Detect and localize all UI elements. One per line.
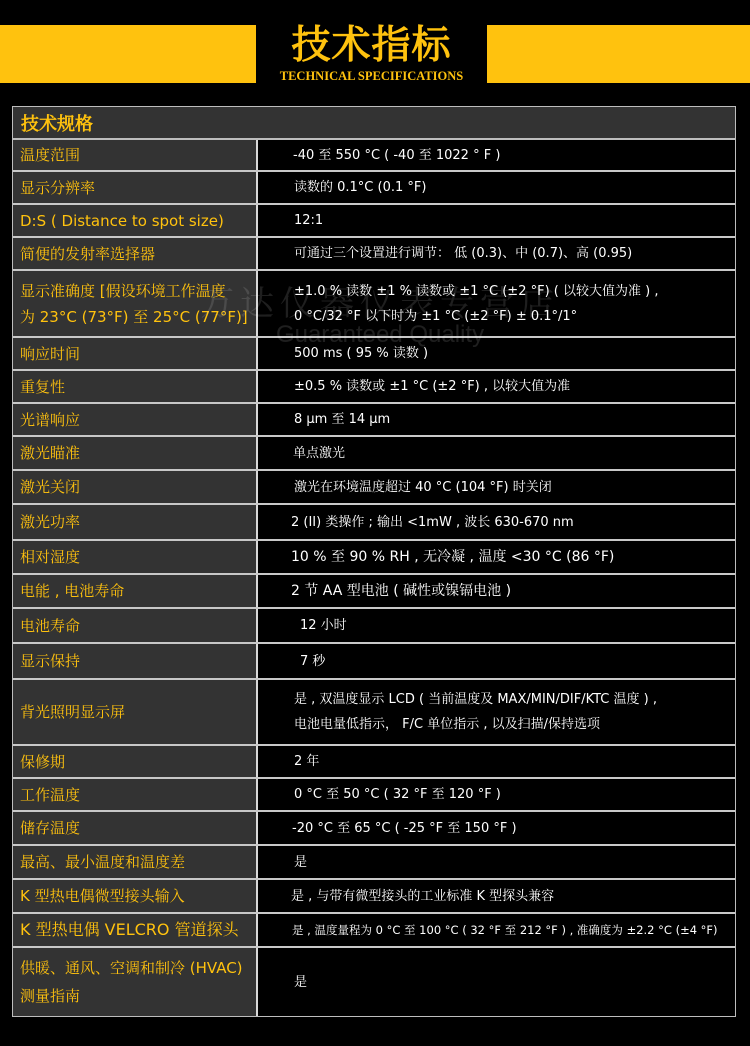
banner-bar-right: [487, 25, 750, 83]
spec-label-text: 温度范围: [20, 142, 80, 168]
spec-label-text: 光谱响应: [20, 407, 80, 433]
banner-title: 技术指标: [256, 22, 487, 70]
spec-label-text: 保修期: [20, 749, 65, 775]
spec-row-accuracy: 显示准确度 [假设环境工作温度 为 23°C (73°F) 至 25°C (77…: [13, 271, 735, 338]
spec-label-text: 电池寿命: [20, 613, 80, 639]
spec-value: 单点激光: [258, 437, 735, 469]
spec-label: 背光照明显示屏: [13, 680, 258, 744]
spec-value-text: 10 % 至 90 % RH , 无冷凝 , 温度 <30 °C (86 °F): [291, 545, 614, 570]
spec-label: 激光功率: [13, 505, 258, 539]
spec-value-text: 读数的 0.1°C (0.1 °F): [294, 175, 426, 200]
spec-label-text: 储存温度: [20, 815, 80, 841]
spec-label: 响应时间: [13, 338, 258, 369]
spec-row-distance-to-spot: D:S ( Distance to spot size) 12:1: [13, 205, 735, 238]
spec-row-display-resolution: 显示分辨率 读数的 0.1°C (0.1 °F): [13, 172, 735, 205]
spec-value: 500 ms ( 95 % 读数 ): [258, 338, 735, 369]
spec-row-repeatability: 重复性 ±0.5 % 读数或 ±1 °C (±2 °F) , 以较大值为准: [13, 371, 735, 404]
spec-row-spectral-response: 光谱响应 8 µm 至 14 µm: [13, 404, 735, 437]
spec-label-text: K 型热电偶 VELCRO 管道探头: [20, 917, 239, 943]
spec-row-response-time: 响应时间 500 ms ( 95 % 读数 ): [13, 338, 735, 371]
spec-label: 显示保持: [13, 644, 258, 678]
spec-row-hvac-guide: 供暖、通风、空调和制冷 (HVAC) 测量指南 是: [13, 948, 735, 1016]
spec-label: 最高、最小温度和温度差: [13, 846, 258, 878]
spec-value-text: 激光在环境温度超过 40 °C (104 °F) 时关闭: [294, 475, 552, 500]
spec-label: 相对湿度: [13, 541, 258, 573]
spec-value: 是: [258, 846, 735, 878]
spec-label-text: 最高、最小温度和温度差: [20, 849, 185, 875]
spec-value: ±1.0 % 读数 ±1 % 读数或 ±1 °C (±2 °F) ( 以较大值为…: [258, 271, 735, 336]
spec-label: 温度范围: [13, 140, 258, 170]
spec-label: 重复性: [13, 371, 258, 402]
spec-value-text: 7 秒: [300, 649, 325, 674]
spec-value: 是: [258, 948, 735, 1016]
spec-label: 保修期: [13, 746, 258, 777]
spec-value-text: 12:1: [294, 208, 323, 233]
spec-value: 激光在环境温度超过 40 °C (104 °F) 时关闭: [258, 471, 735, 503]
spec-value-text: -20 °C 至 65 °C ( -25 °F 至 150 °F ): [292, 816, 517, 841]
spec-label: K 型热电偶 VELCRO 管道探头: [13, 914, 258, 946]
spec-label-text: 相对湿度: [20, 544, 80, 570]
spec-label: 激光关闭: [13, 471, 258, 503]
spec-row-max-min-dif: 最高、最小温度和温度差 是: [13, 846, 735, 880]
spec-value-text: 2 年: [294, 749, 319, 774]
spec-value: 是 , 双温度显示 LCD ( 当前温度及 MAX/MIN/DIF/KTC 温度…: [258, 680, 735, 744]
spec-row-storage-temp: 储存温度 -20 °C 至 65 °C ( -25 °F 至 150 °F ): [13, 812, 735, 846]
spec-value: 7 秒: [258, 644, 735, 678]
spec-value-text: 是: [294, 970, 307, 995]
spec-label-text: 显示准确度 [假设环境工作温度 为 23°C (73°F) 至 25°C (77…: [20, 278, 248, 330]
spec-label: 显示分辨率: [13, 172, 258, 203]
spec-label: 激光瞄准: [13, 437, 258, 469]
spec-label: 电能 , 电池寿命: [13, 575, 258, 607]
spec-label: 简便的发射率选择器: [13, 238, 258, 269]
spec-row-backlit-display: 背光照明显示屏 是 , 双温度显示 LCD ( 当前温度及 MAX/MIN/DI…: [13, 680, 735, 746]
spec-label-text: 工作温度: [20, 782, 80, 808]
spec-label-text: 重复性: [20, 374, 65, 400]
spec-label: 电池寿命: [13, 609, 258, 642]
spec-value: ±0.5 % 读数或 ±1 °C (±2 °F) , 以较大值为准: [258, 371, 735, 402]
spec-label-text: 简便的发射率选择器: [20, 241, 155, 267]
spec-row-warranty: 保修期 2 年: [13, 746, 735, 779]
spec-label-text: 显示保持: [20, 648, 80, 674]
spec-label: 储存温度: [13, 812, 258, 844]
spec-value: 2 年: [258, 746, 735, 777]
spec-table: 技术规格 温度范围 -40 至 550 °C ( -40 至 1022 ° F …: [12, 106, 736, 1017]
spec-value: 8 µm 至 14 µm: [258, 404, 735, 435]
spec-value-text: ±1.0 % 读数 ±1 % 读数或 ±1 °C (±2 °F) ( 以较大值为…: [294, 279, 658, 329]
spec-label-text: D:S ( Distance to spot size): [20, 208, 224, 234]
spec-row-laser-aiming: 激光瞄准 单点激光: [13, 437, 735, 471]
spec-value: 读数的 0.1°C (0.1 °F): [258, 172, 735, 203]
spec-row-emissivity: 简便的发射率选择器 可通过三个设置进行调节： 低 (0.3)、中 (0.7)、高…: [13, 238, 735, 271]
spec-row-k-type-velcro: K 型热电偶 VELCRO 管道探头 是 , 温度量程为 0 °C 至 100 …: [13, 914, 735, 948]
spec-value: 2 节 AA 型电池 ( 碱性或镍镉电池 ): [258, 575, 735, 607]
spec-row-battery-life: 电池寿命 12 小时: [13, 609, 735, 644]
spec-value-text: 是: [294, 850, 307, 875]
spec-value-text: 是 , 温度量程为 0 °C 至 100 °C ( 32 °F 至 212 °F…: [292, 918, 718, 943]
spec-value-text: 12 小时: [300, 613, 347, 638]
spec-value-text: 是 , 双温度显示 LCD ( 当前温度及 MAX/MIN/DIF/KTC 温度…: [294, 687, 657, 737]
spec-label: 光谱响应: [13, 404, 258, 435]
spec-value: -40 至 550 °C ( -40 至 1022 ° F ): [258, 140, 735, 170]
spec-value-text: 可通过三个设置进行调节： 低 (0.3)、中 (0.7)、高 (0.95): [294, 241, 632, 266]
banner-bar-left: [0, 25, 256, 83]
spec-value-text: -40 至 550 °C ( -40 至 1022 ° F ): [293, 143, 500, 168]
spec-label: 工作温度: [13, 779, 258, 810]
spec-label-text: 电能 , 电池寿命: [20, 578, 124, 604]
spec-value-text: 0 °C 至 50 °C ( 32 °F 至 120 °F ): [294, 782, 501, 807]
spec-label: D:S ( Distance to spot size): [13, 205, 258, 236]
spec-label-text: 供暖、通风、空调和制冷 (HVAC) 测量指南: [20, 954, 243, 1010]
banner-subtitle: TECHNICAL SPECIFICATIONS: [256, 69, 487, 84]
spec-table-header: 技术规格: [13, 107, 735, 140]
spec-value-text: 是 , 与带有微型接头的工业标准 K 型探头兼容: [291, 884, 554, 909]
spec-row-relative-humidity: 相对湿度 10 % 至 90 % RH , 无冷凝 , 温度 <30 °C (8…: [13, 541, 735, 575]
spec-label: K 型热电偶微型接头输入: [13, 880, 258, 912]
spec-label: 供暖、通风、空调和制冷 (HVAC) 测量指南: [13, 948, 258, 1016]
spec-value-text: ±0.5 % 读数或 ±1 °C (±2 °F) , 以较大值为准: [294, 374, 570, 399]
spec-value: 是 , 与带有微型接头的工业标准 K 型探头兼容: [258, 880, 735, 912]
spec-label-text: 激光瞄准: [20, 440, 80, 466]
spec-label-text: 响应时间: [20, 341, 80, 367]
spec-label: 显示准确度 [假设环境工作温度 为 23°C (73°F) 至 25°C (77…: [13, 271, 258, 336]
spec-row-display-hold: 显示保持 7 秒: [13, 644, 735, 680]
spec-row-temperature-range: 温度范围 -40 至 550 °C ( -40 至 1022 ° F ): [13, 140, 735, 172]
spec-label-text: 激光功率: [20, 509, 80, 535]
spec-label-text: 背光照明显示屏: [20, 699, 125, 725]
section-banner: 技术指标 TECHNICAL SPECIFICATIONS: [0, 0, 750, 100]
spec-row-laser-shutoff: 激光关闭 激光在环境温度超过 40 °C (104 °F) 时关闭: [13, 471, 735, 505]
spec-value: -20 °C 至 65 °C ( -25 °F 至 150 °F ): [258, 812, 735, 844]
spec-value: 12:1: [258, 205, 735, 236]
spec-label-text: 激光关闭: [20, 474, 80, 500]
spec-value-text: 8 µm 至 14 µm: [294, 407, 390, 432]
spec-value: 是 , 温度量程为 0 °C 至 100 °C ( 32 °F 至 212 °F…: [258, 914, 735, 946]
spec-label-text: K 型热电偶微型接头输入: [20, 883, 185, 909]
spec-value-text: 单点激光: [293, 441, 345, 466]
spec-label-text: 显示分辨率: [20, 175, 95, 201]
spec-value-text: 500 ms ( 95 % 读数 ): [294, 341, 428, 366]
spec-value-text: 2 (II) 类操作 ; 输出 <1mW , 波长 630-670 nm: [291, 510, 574, 535]
spec-value: 可通过三个设置进行调节： 低 (0.3)、中 (0.7)、高 (0.95): [258, 238, 735, 269]
spec-value: 10 % 至 90 % RH , 无冷凝 , 温度 <30 °C (86 °F): [258, 541, 735, 573]
spec-row-laser-power: 激光功率 2 (II) 类操作 ; 输出 <1mW , 波长 630-670 n…: [13, 505, 735, 541]
spec-value-text: 2 节 AA 型电池 ( 碱性或镍镉电池 ): [291, 579, 511, 604]
spec-row-power-battery: 电能 , 电池寿命 2 节 AA 型电池 ( 碱性或镍镉电池 ): [13, 575, 735, 609]
spec-row-k-type-input: K 型热电偶微型接头输入 是 , 与带有微型接头的工业标准 K 型探头兼容: [13, 880, 735, 914]
spec-value: 12 小时: [258, 609, 735, 642]
spec-value: 2 (II) 类操作 ; 输出 <1mW , 波长 630-670 nm: [258, 505, 735, 539]
spec-row-operating-temp: 工作温度 0 °C 至 50 °C ( 32 °F 至 120 °F ): [13, 779, 735, 812]
spec-value: 0 °C 至 50 °C ( 32 °F 至 120 °F ): [258, 779, 735, 810]
